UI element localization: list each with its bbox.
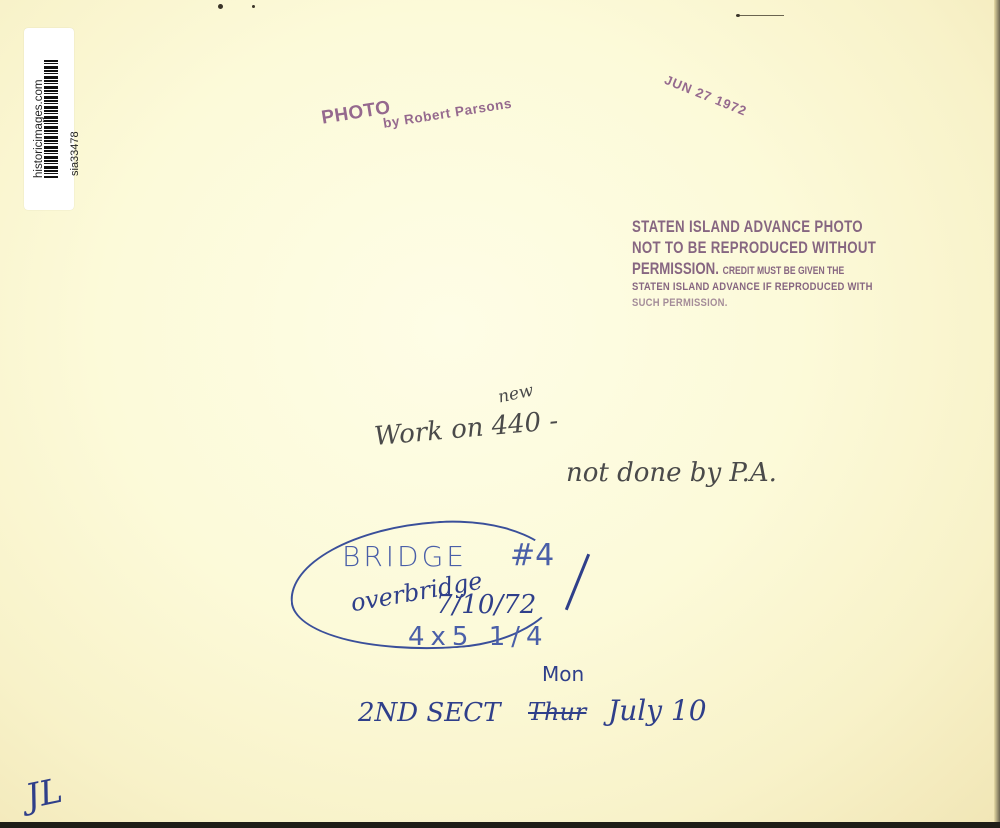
speck (252, 5, 255, 8)
pencil-insert-new: new (496, 381, 535, 408)
struck-day: Thur (528, 698, 586, 726)
speck (218, 4, 223, 9)
date-note: July 10 (608, 694, 707, 727)
date-stamp: JUN 27 1972 (662, 72, 749, 119)
scan-bottom-edge (0, 822, 1000, 828)
rights-line-1: STATEN ISLAND ADVANCE PHOTO (632, 218, 827, 235)
section-note: 2ND SECT (358, 698, 500, 728)
archive-barcode-label: historicimages.com sia33478 (24, 28, 74, 210)
paper-right-edge (994, 0, 1000, 822)
rights-permission: PERMISSION. (632, 259, 719, 278)
photo-back-paper: historicimages.com sia33478 PHOTO by Rob… (0, 0, 1000, 822)
day-insert: Mon (542, 662, 584, 686)
rights-line-2: NOT TO BE REPRODUCED WITHOUT (632, 239, 827, 256)
archive-id-text: sia33478 (69, 131, 81, 176)
rights-line-4: STATEN ISLAND ADVANCE IF REPRODUCED WITH (632, 282, 847, 293)
circled-size: 4x5 1/4 (408, 622, 549, 652)
rights-credit: CREDIT MUST BE GIVEN THE (723, 265, 845, 277)
barcode-icon (44, 60, 58, 178)
rights-stamp: STATEN ISLAND ADVANCE PHOTO NOT TO BE RE… (632, 218, 882, 314)
rights-line-3: PERMISSION. CREDIT MUST BE GIVEN THE (632, 260, 827, 277)
circled-title: BRIDGE (342, 540, 467, 573)
circled-number: #4 (510, 538, 554, 573)
pencil-note-line1: Work on 440 - (373, 406, 559, 452)
photo-credit-stamp-byline: by Robert Parsons (382, 96, 513, 131)
ink-slash (565, 554, 590, 611)
pencil-note-line2: not done by P.A. (566, 458, 777, 488)
initials: JL (22, 771, 66, 818)
circled-date: 7/10/72 (436, 590, 536, 620)
rights-line-5: SUCH PERMISSION. (632, 298, 847, 309)
pencil-mark (740, 15, 784, 16)
photo-credit-stamp-title: PHOTO (320, 97, 392, 130)
